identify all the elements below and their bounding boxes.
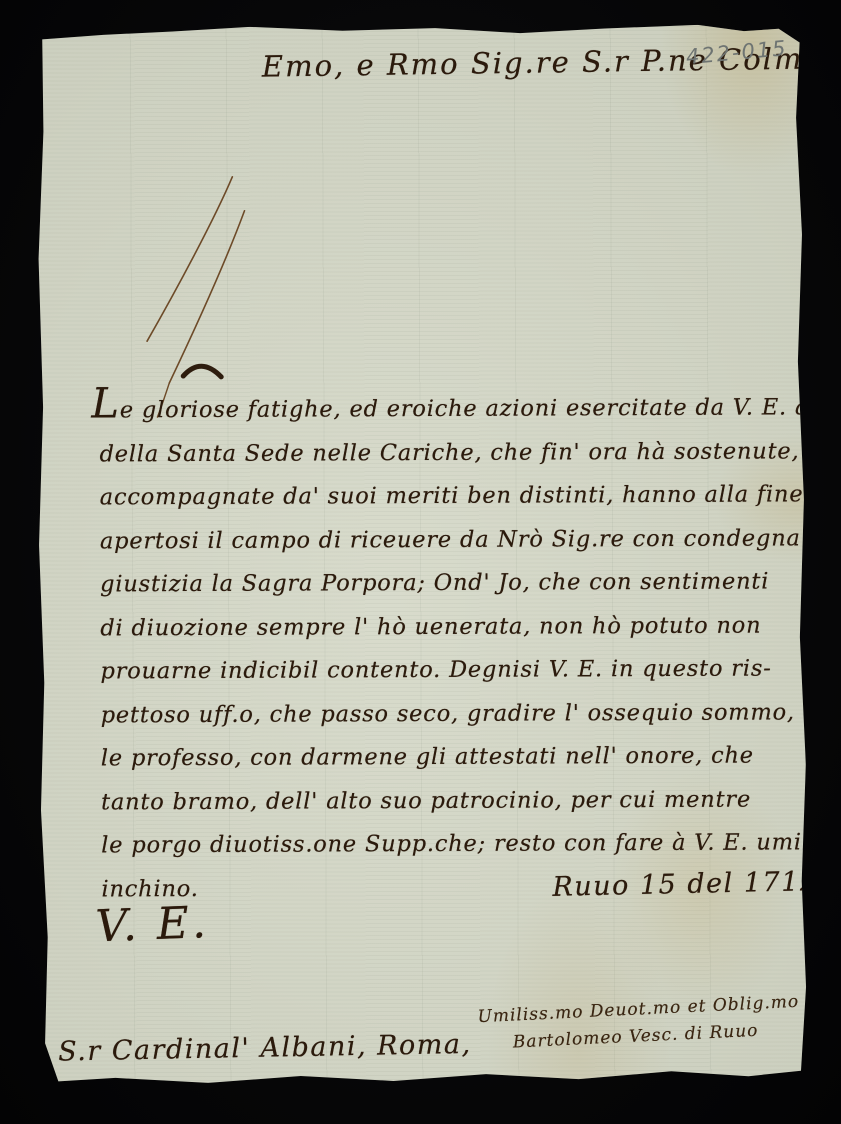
letter-paper: Emo, e Rmo Sig.re S.r P.ne Colmo 422-015… — [34, 22, 811, 1085]
body-line: di diuozione sempre l' hò uenerata, non … — [92, 604, 798, 651]
body-line: giustizia la Sagra Porpora; Ond' Jo, che… — [92, 560, 798, 607]
body-line: tanto bramo, dell' alto suo patrocinio, … — [93, 778, 799, 825]
body-line: pettoso uff.o, che passo seco, gradire l… — [93, 691, 799, 738]
body-line: prouarne indicibil contento. Degnisi V. … — [92, 647, 798, 694]
letter-body: Le gloriose fatighe, ed eroiche azioni e… — [91, 386, 799, 911]
address-line: S.r Cardinal' Albani, Roma, — [58, 1029, 472, 1068]
body-line: apertosi il campo di riceuere da Nrò Sig… — [92, 517, 798, 564]
body-line: le porgo diuotiss.one Supp.che; resto co… — [93, 821, 799, 868]
body-line: accompagnate da' suoi meriti ben distint… — [92, 473, 798, 520]
date-line: Ruuo 15 del 1712. — [552, 866, 829, 903]
pen-flourish-icon — [118, 161, 269, 422]
scan-background: Emo, e Rmo Sig.re S.r P.ne Colmo 422-015… — [0, 0, 841, 1124]
body-line: Le gloriose fatighe, ed eroiche azioni e… — [91, 386, 797, 433]
valediction: V. E. — [95, 897, 210, 952]
body-line: le professo, con darmene gli attestati n… — [93, 734, 799, 781]
body-line: della Santa Sede nelle Cariche, che fin'… — [91, 430, 797, 477]
signature-block: Umiliss.mo Deuot.mo et Oblig.mo Ser.re B… — [477, 986, 841, 1058]
